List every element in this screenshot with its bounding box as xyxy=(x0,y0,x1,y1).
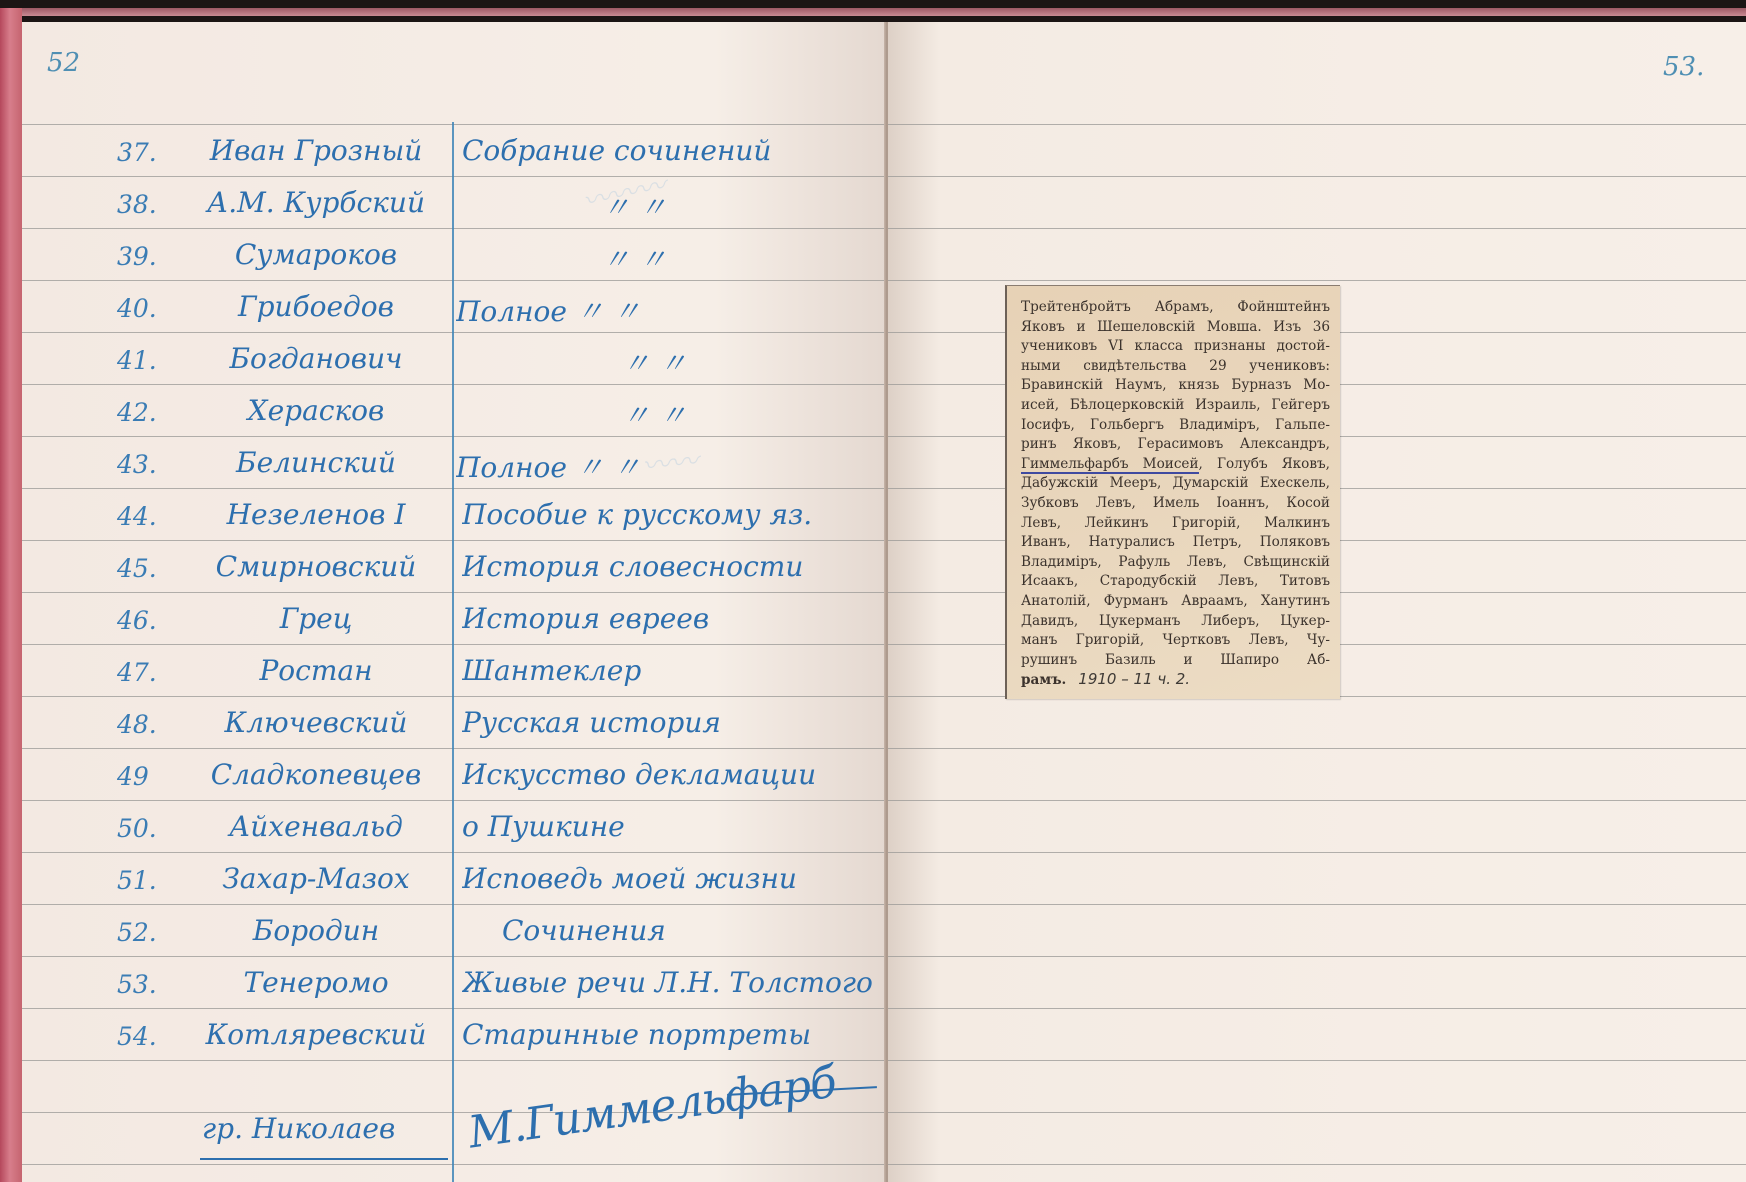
ruled-line xyxy=(888,176,1746,177)
book-entry: 53. Тенеромо Живые речи Л.Н. Толстого xyxy=(22,962,888,1014)
ruled-line xyxy=(888,1008,1746,1009)
entry-title: Пособие к русскому яз. xyxy=(462,498,882,531)
ruled-line xyxy=(22,124,888,125)
entry-title: Полное 〃 〃 xyxy=(456,290,876,330)
ruled-line xyxy=(888,904,1746,905)
ruled-line xyxy=(888,228,1746,229)
clipping-line: учениковъ VI класса признаны достой- xyxy=(1021,337,1330,357)
ruled-line xyxy=(888,1060,1746,1061)
book-entry: 39. Сумароков 〃 〃 xyxy=(22,234,888,286)
book-entry: 51. Захар-Мазох Исповедь моей жизни xyxy=(22,858,888,910)
entry-number: 47. xyxy=(117,658,157,687)
entry-number: 43. xyxy=(117,450,157,479)
entry-number: 48. xyxy=(117,710,157,739)
book-entry: 38. А.М. Курбский 〃 〃 xyxy=(22,182,888,234)
clipping-line: Іосифъ, Гольбергъ Владиміръ, Гальпе- xyxy=(1021,416,1330,436)
underlined-name: Гиммельфарбъ Моисей xyxy=(1021,456,1199,474)
entry-author: Грец xyxy=(182,602,450,635)
book-entry: 41. Богданович 〃 〃 xyxy=(22,338,888,390)
left-page: 52 〰〰〰 〰〰 37. Иван Грозный Собрание сочи… xyxy=(22,22,888,1182)
newspaper-clipping: Трейтенбройтъ Абрамъ, Фойнштейнъ Яковъ и… xyxy=(1005,285,1340,699)
entry-number: 40. xyxy=(117,294,157,323)
ruled-line xyxy=(888,852,1746,853)
clipping-line: Левъ, Лейкинъ Григорій, Малкинъ xyxy=(1021,514,1330,534)
clipping-line: Владиміръ, Рафуль Левъ, Свѣщинскій xyxy=(1021,553,1330,573)
entry-number: 38. xyxy=(117,190,157,219)
entry-author: Незеленов I xyxy=(182,498,450,531)
book-entry: 42. Херасков 〃 〃 xyxy=(22,390,888,442)
clipping-line: Яковъ и Шешеловскій Мовша. Изъ 36 xyxy=(1021,318,1330,338)
entry-title: 〃 〃 xyxy=(602,186,888,226)
entry-title: о Пушкине xyxy=(462,810,882,843)
entry-number: 41. xyxy=(117,346,157,375)
clipping-line: рушинъ Базиль и Шапиро Аб- xyxy=(1021,651,1330,671)
signature-city: гр. Николаев xyxy=(202,1112,395,1145)
entry-author: Тенеромо xyxy=(182,966,450,999)
book-entry: 52. Бородин Сочинения xyxy=(22,910,888,962)
book-entry: 43. Белинский Полное 〃 〃 xyxy=(22,442,888,494)
entry-number: 44. xyxy=(117,502,157,531)
ruled-line xyxy=(888,1164,1746,1165)
entry-title: 〃 〃 xyxy=(602,238,888,278)
clipping-line-rest: , Голубъ Яковъ, xyxy=(1199,456,1330,472)
clipping-line: Исаакъ, Стародубскій Левъ, Титовъ xyxy=(1021,572,1330,592)
clipping-line-highlighted: Гиммельфарбъ Моисей, Голубъ Яковъ, xyxy=(1021,455,1330,475)
clipping-line: Бравинскій Наумъ, князь Бурназъ Мо- xyxy=(1021,376,1330,396)
entry-author: Айхенвальд xyxy=(182,810,450,843)
page-number-left: 52 xyxy=(47,48,80,78)
entry-author: Херасков xyxy=(182,394,450,427)
ruled-line xyxy=(888,124,1746,125)
book-entry: 54. Котляревский Старинные портреты xyxy=(22,1014,888,1066)
clipping-line: Дабужскій Мееръ, Думарскій Ехескель, xyxy=(1021,474,1330,494)
entry-title: Сочинения xyxy=(502,914,888,947)
entry-title: Старинные портреты xyxy=(462,1018,882,1051)
book-entry: 44. Незеленов I Пособие к русскому яз. xyxy=(22,494,888,546)
clipping-line: Иванъ, Натуралисъ Петръ, Поляковъ xyxy=(1021,533,1330,553)
entry-number: 45. xyxy=(117,554,157,583)
clipping-line: Трейтенбройтъ Абрамъ, Фойнштейнъ xyxy=(1021,298,1330,318)
clipping-line: ными свидѣтельства 29 учениковъ: xyxy=(1021,357,1330,377)
notebook-spread: 52 〰〰〰 〰〰 37. Иван Грозный Собрание сочи… xyxy=(0,8,1746,1182)
entry-number: 42. xyxy=(117,398,157,427)
entry-author: Захар-Мазох xyxy=(182,862,450,895)
right-page: 53. Трейтенбройтъ Абрамъ, Фойнштейнъ Яко… xyxy=(888,22,1746,1182)
pencil-date-annotation: 1910 – 11 ч. 2. xyxy=(1078,670,1190,688)
entry-number: 51. xyxy=(117,866,157,895)
signature-underline xyxy=(200,1158,448,1160)
entry-title: 〃 〃 xyxy=(622,342,888,382)
ruled-line xyxy=(888,1112,1746,1113)
entry-number: 49 xyxy=(117,762,149,791)
ruled-line xyxy=(888,800,1746,801)
entry-title: Искусство декламации xyxy=(462,758,882,791)
entry-author: Ростан xyxy=(182,654,450,687)
cover-left-edge xyxy=(0,8,22,1182)
signature-block: гр. Николаев М.Гиммельфарб xyxy=(22,1062,888,1172)
signature-name: М.Гиммельфарб xyxy=(465,1056,839,1158)
clipping-line: ринъ Яковъ, Герасимовъ Александръ, xyxy=(1021,435,1330,455)
entry-title: Шантеклер xyxy=(462,654,882,687)
entry-author: Сладкопевцев xyxy=(182,758,450,791)
ruled-line xyxy=(888,956,1746,957)
entry-number: 46. xyxy=(117,606,157,635)
page-number-right: 53. xyxy=(1663,52,1704,82)
entry-title: История словесности xyxy=(462,550,882,583)
entry-author: Котляревский xyxy=(182,1018,450,1051)
cover-top-edge xyxy=(0,8,1746,16)
ruled-line xyxy=(888,280,1746,281)
clipping-line: исей, Бѣлоцерковскій Израиль, Гейгеръ xyxy=(1021,396,1330,416)
entry-number: 50. xyxy=(117,814,157,843)
entry-author: Богданович xyxy=(182,342,450,375)
entry-author: Грибоедов xyxy=(182,290,450,323)
clipping-line: Зубковъ Левъ, Имель Іоаннъ, Косой xyxy=(1021,494,1330,514)
clipping-line: Анатолій, Фурманъ Авраамъ, Ханутинъ xyxy=(1021,592,1330,612)
entry-number: 54. xyxy=(117,1022,157,1051)
clipping-final-word: рамъ. xyxy=(1021,672,1066,688)
entry-author: Бородин xyxy=(182,914,450,947)
entry-author: Ключевский xyxy=(182,706,450,739)
book-entry: 37. Иван Грозный Собрание сочинений xyxy=(22,130,888,182)
entry-title: 〃 〃 xyxy=(622,394,888,434)
entry-author: Сумароков xyxy=(182,238,450,271)
entry-number: 53. xyxy=(117,970,157,999)
book-entry: 47. Ростан Шантеклер xyxy=(22,650,888,702)
entry-title: Исповедь моей жизни xyxy=(462,862,882,895)
book-entry: 50. Айхенвальд о Пушкине xyxy=(22,806,888,858)
entry-title: Живые речи Л.Н. Толстого xyxy=(462,966,882,999)
entry-number: 39. xyxy=(117,242,157,271)
entry-number: 52. xyxy=(117,918,157,947)
entry-author: А.М. Курбский xyxy=(182,186,450,219)
entry-author: Иван Грозный xyxy=(182,134,450,167)
entry-author: Смирновский xyxy=(182,550,450,583)
entry-author: Белинский xyxy=(182,446,450,479)
book-entry: 40. Грибоедов Полное 〃 〃 xyxy=(22,286,888,338)
entry-title: Русская история xyxy=(462,706,882,739)
book-entry: 49 Сладкопевцев Искусство декламации xyxy=(22,754,888,806)
clipping-line: манъ Григорій, Чертковъ Левъ, Чу- xyxy=(1021,631,1330,651)
ruled-line xyxy=(888,748,1746,749)
book-entry: 45. Смирновский История словесности xyxy=(22,546,888,598)
entry-number: 37. xyxy=(117,138,157,167)
clipping-line: Давидъ, Цукерманъ Либеръ, Цукер- xyxy=(1021,612,1330,632)
book-entry: 46. Грец История евреев xyxy=(22,598,888,650)
clipping-line-final: рамъ.1910 – 11 ч. 2. xyxy=(1021,670,1330,691)
entry-title: История евреев xyxy=(462,602,882,635)
entry-title: Полное 〃 〃 xyxy=(456,446,876,486)
entry-title: Собрание сочинений xyxy=(462,134,882,167)
book-entry: 48. Ключевский Русская история xyxy=(22,702,888,754)
